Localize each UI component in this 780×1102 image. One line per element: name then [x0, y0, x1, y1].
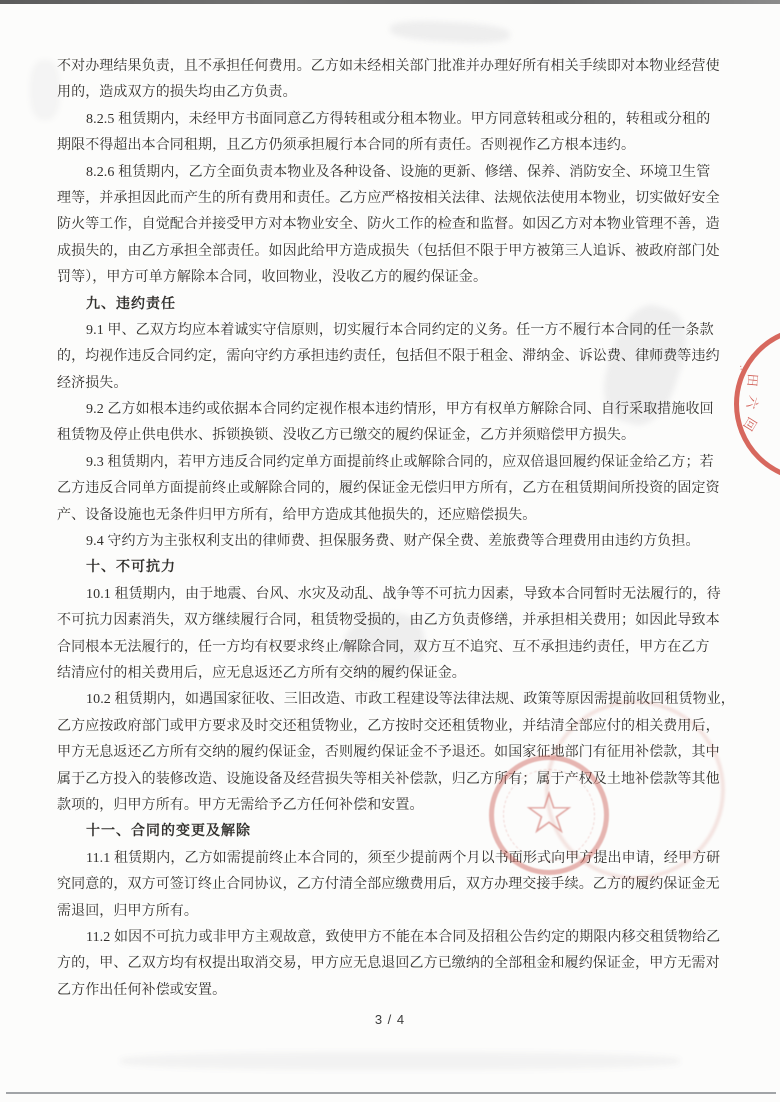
contract-text-line: 结清应付的相关费用后，应无息返还乙方所有交纳的履约保证金。 [57, 661, 729, 687]
contract-text-line: 成损失的，由乙方承担全部责任。如因此给甲方造成损失（包括但不限于甲方被第三人追诉… [57, 239, 729, 265]
contract-text-line: 防火等工作，自觉配合并接受甲方对本物业安全、防火工作的检查和监督。如因乙方对本物… [57, 212, 729, 238]
contract-text-line: 用的，造成双方的损失均由乙方负责。 [57, 80, 729, 106]
scan-smudge [120, 1052, 680, 1070]
contract-text-line: 不可抗力因素消失，双方继续履行合同，租赁物受损的，由乙方负责修缮，并承担相关费用… [57, 608, 729, 634]
contract-text-line: 合同根本无法履行的，任一方均有权要求终止/解除合同，双方互不追究、互不承担违约责… [57, 635, 729, 661]
contract-text-line: 罚等），甲方可单方解除本合同，收回物业，没收乙方的履约保证金。 [57, 265, 729, 291]
clause-9-3: 9.3 租赁期内，若甲方违反合同约定单方面提前终止或解除合同的，应双倍退回履约保… [57, 450, 729, 476]
clause-9-2: 9.2 乙方如根本违约或依据本合同约定视作根本违约情形，甲方有权单方解除合同、自… [57, 397, 729, 423]
contract-text-line: 的，均视作违反合同约定，需向守约方承担违约责任，包括但不限于租金、滞纳金、诉讼费… [57, 344, 729, 370]
contract-text-line: 产、设备设施也无条件归甲方所有，给甲方造成其他损失的，还应赔偿损失。 [57, 503, 729, 529]
clause-9-4: 9.4 守约方为主张权利支出的律师费、担保服务费、财产保全费、差旅费等合理费用由… [57, 529, 729, 555]
contract-text-line: 理等，并承担因此而产生的所有费用和责任。乙方应严格按相关法律、法规依法使用本物业… [57, 186, 729, 212]
contract-text-line: 租赁物及停止供电供水、拆锁换锁、没收乙方已缴交的履约保证金，乙方并须赔偿甲方损失… [57, 423, 729, 449]
official-seal-center: ☆ [489, 755, 609, 875]
contract-text-line: 方的，甲、乙双方均有权提出取消交易，甲方应无息退回乙方已缴纳的全部租金和履约保证… [57, 951, 729, 977]
scan-edge-bottom [6, 1092, 776, 1094]
contract-text-line: 乙方违反合同单方面提前终止或解除合同的，履约保证金无偿归甲方所有，乙方在租赁期间… [57, 476, 729, 502]
scan-smudge [30, 60, 60, 120]
seal-edge-text: 田 六 回 [736, 378, 766, 429]
page-number: 3 / 4 [0, 1012, 780, 1027]
contract-text-line: 乙方作出任何补偿或安置。 [57, 978, 729, 1004]
scan-smudge [390, 19, 511, 45]
section-heading-9: 九、违约责任 [57, 292, 729, 318]
contract-text-line: 不对办理结果负责，且不承担任何费用。乙方如未经相关部门批准并办理好所有相关手续即… [57, 54, 729, 80]
contract-text-line: 期限不得超出本合同租期，且乙方仍须承担履行本合同的所有责任。否则视作乙方根本违约… [57, 133, 729, 159]
clause-9-1: 9.1 甲、乙双方均应本着诚实守信原则，切实履行本合同约定的义务。任一方不履行本… [57, 318, 729, 344]
seal-star-icon: ☆ [523, 784, 575, 842]
clause-10-1: 10.1 租赁期内，由于地震、台风、水灾及动乱、战争等不可抗力因素，导致本合同暂… [57, 582, 729, 608]
clause-11-2: 11.2 如因不可抗力或非甲方主观故意，致使甲方不能在本合同及招租公告约定的期限… [57, 925, 729, 951]
section-heading-10: 十、不可抗力 [57, 555, 729, 581]
contract-text-line: 经济损失。 [57, 371, 729, 397]
clause-8-2-5: 8.2.5 租赁期内，未经甲方书面同意乙方得转租或分租本物业。甲方同意转租或分租… [57, 107, 729, 133]
scan-edge-top [0, 0, 780, 4]
contract-text-line: 需退回，归甲方所有。 [57, 899, 729, 925]
contract-page: 不对办理结果负责，且不承担任何费用。乙方如未经相关部门批准并办理好所有相关手续即… [0, 0, 780, 1102]
clause-8-2-6: 8.2.6 租赁期内，乙方全面负责本物业及各种设备、设施的更新、修缮、保养、消防… [57, 160, 729, 186]
